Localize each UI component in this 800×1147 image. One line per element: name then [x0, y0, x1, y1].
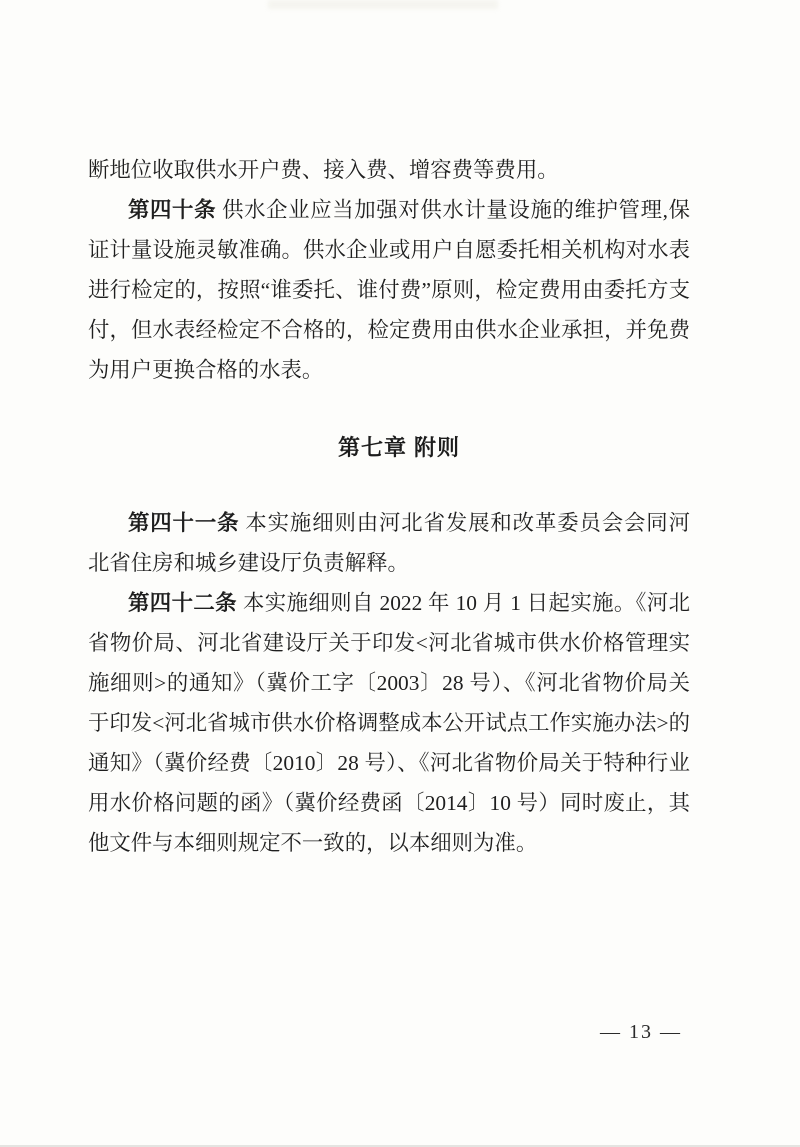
article-41-paragraph: 第四十一条本实施细则由河北省发展和改革委员会会同河北省住房和城乡建设厅负责解释。: [88, 503, 690, 583]
article-41-label: 第四十一条: [128, 511, 239, 535]
document-content: 断地位收取供水开户费、接入费、增容费等费用。 第四十条供水企业应当加强对供水计量…: [0, 0, 800, 863]
article-42-label: 第四十二条: [128, 591, 237, 615]
article-40-text: 供水企业应当加强对供水计量设施的维护管理,保证计量设施灵敏准确。供水企业或用户自…: [88, 198, 690, 382]
document-page: 断地位收取供水开户费、接入费、增容费等费用。 第四十条供水企业应当加强对供水计量…: [0, 0, 800, 1147]
article-42-text: 本实施细则自 2022 年 10 月 1 日起实施。《河北省物价局、河北省建设厅…: [88, 591, 690, 855]
chapter-heading: 第七章 附则: [98, 428, 700, 468]
paragraph-continuation: 断地位收取供水开户费、接入费、增容费等费用。: [88, 150, 690, 190]
article-40-paragraph: 第四十条供水企业应当加强对供水计量设施的维护管理,保证计量设施灵敏准确。供水企业…: [88, 190, 690, 390]
article-40-label: 第四十条: [128, 198, 216, 222]
page-number: — 13 —: [600, 1020, 682, 1044]
article-42-paragraph: 第四十二条本实施细则自 2022 年 10 月 1 日起实施。《河北省物价局、河…: [88, 583, 690, 863]
